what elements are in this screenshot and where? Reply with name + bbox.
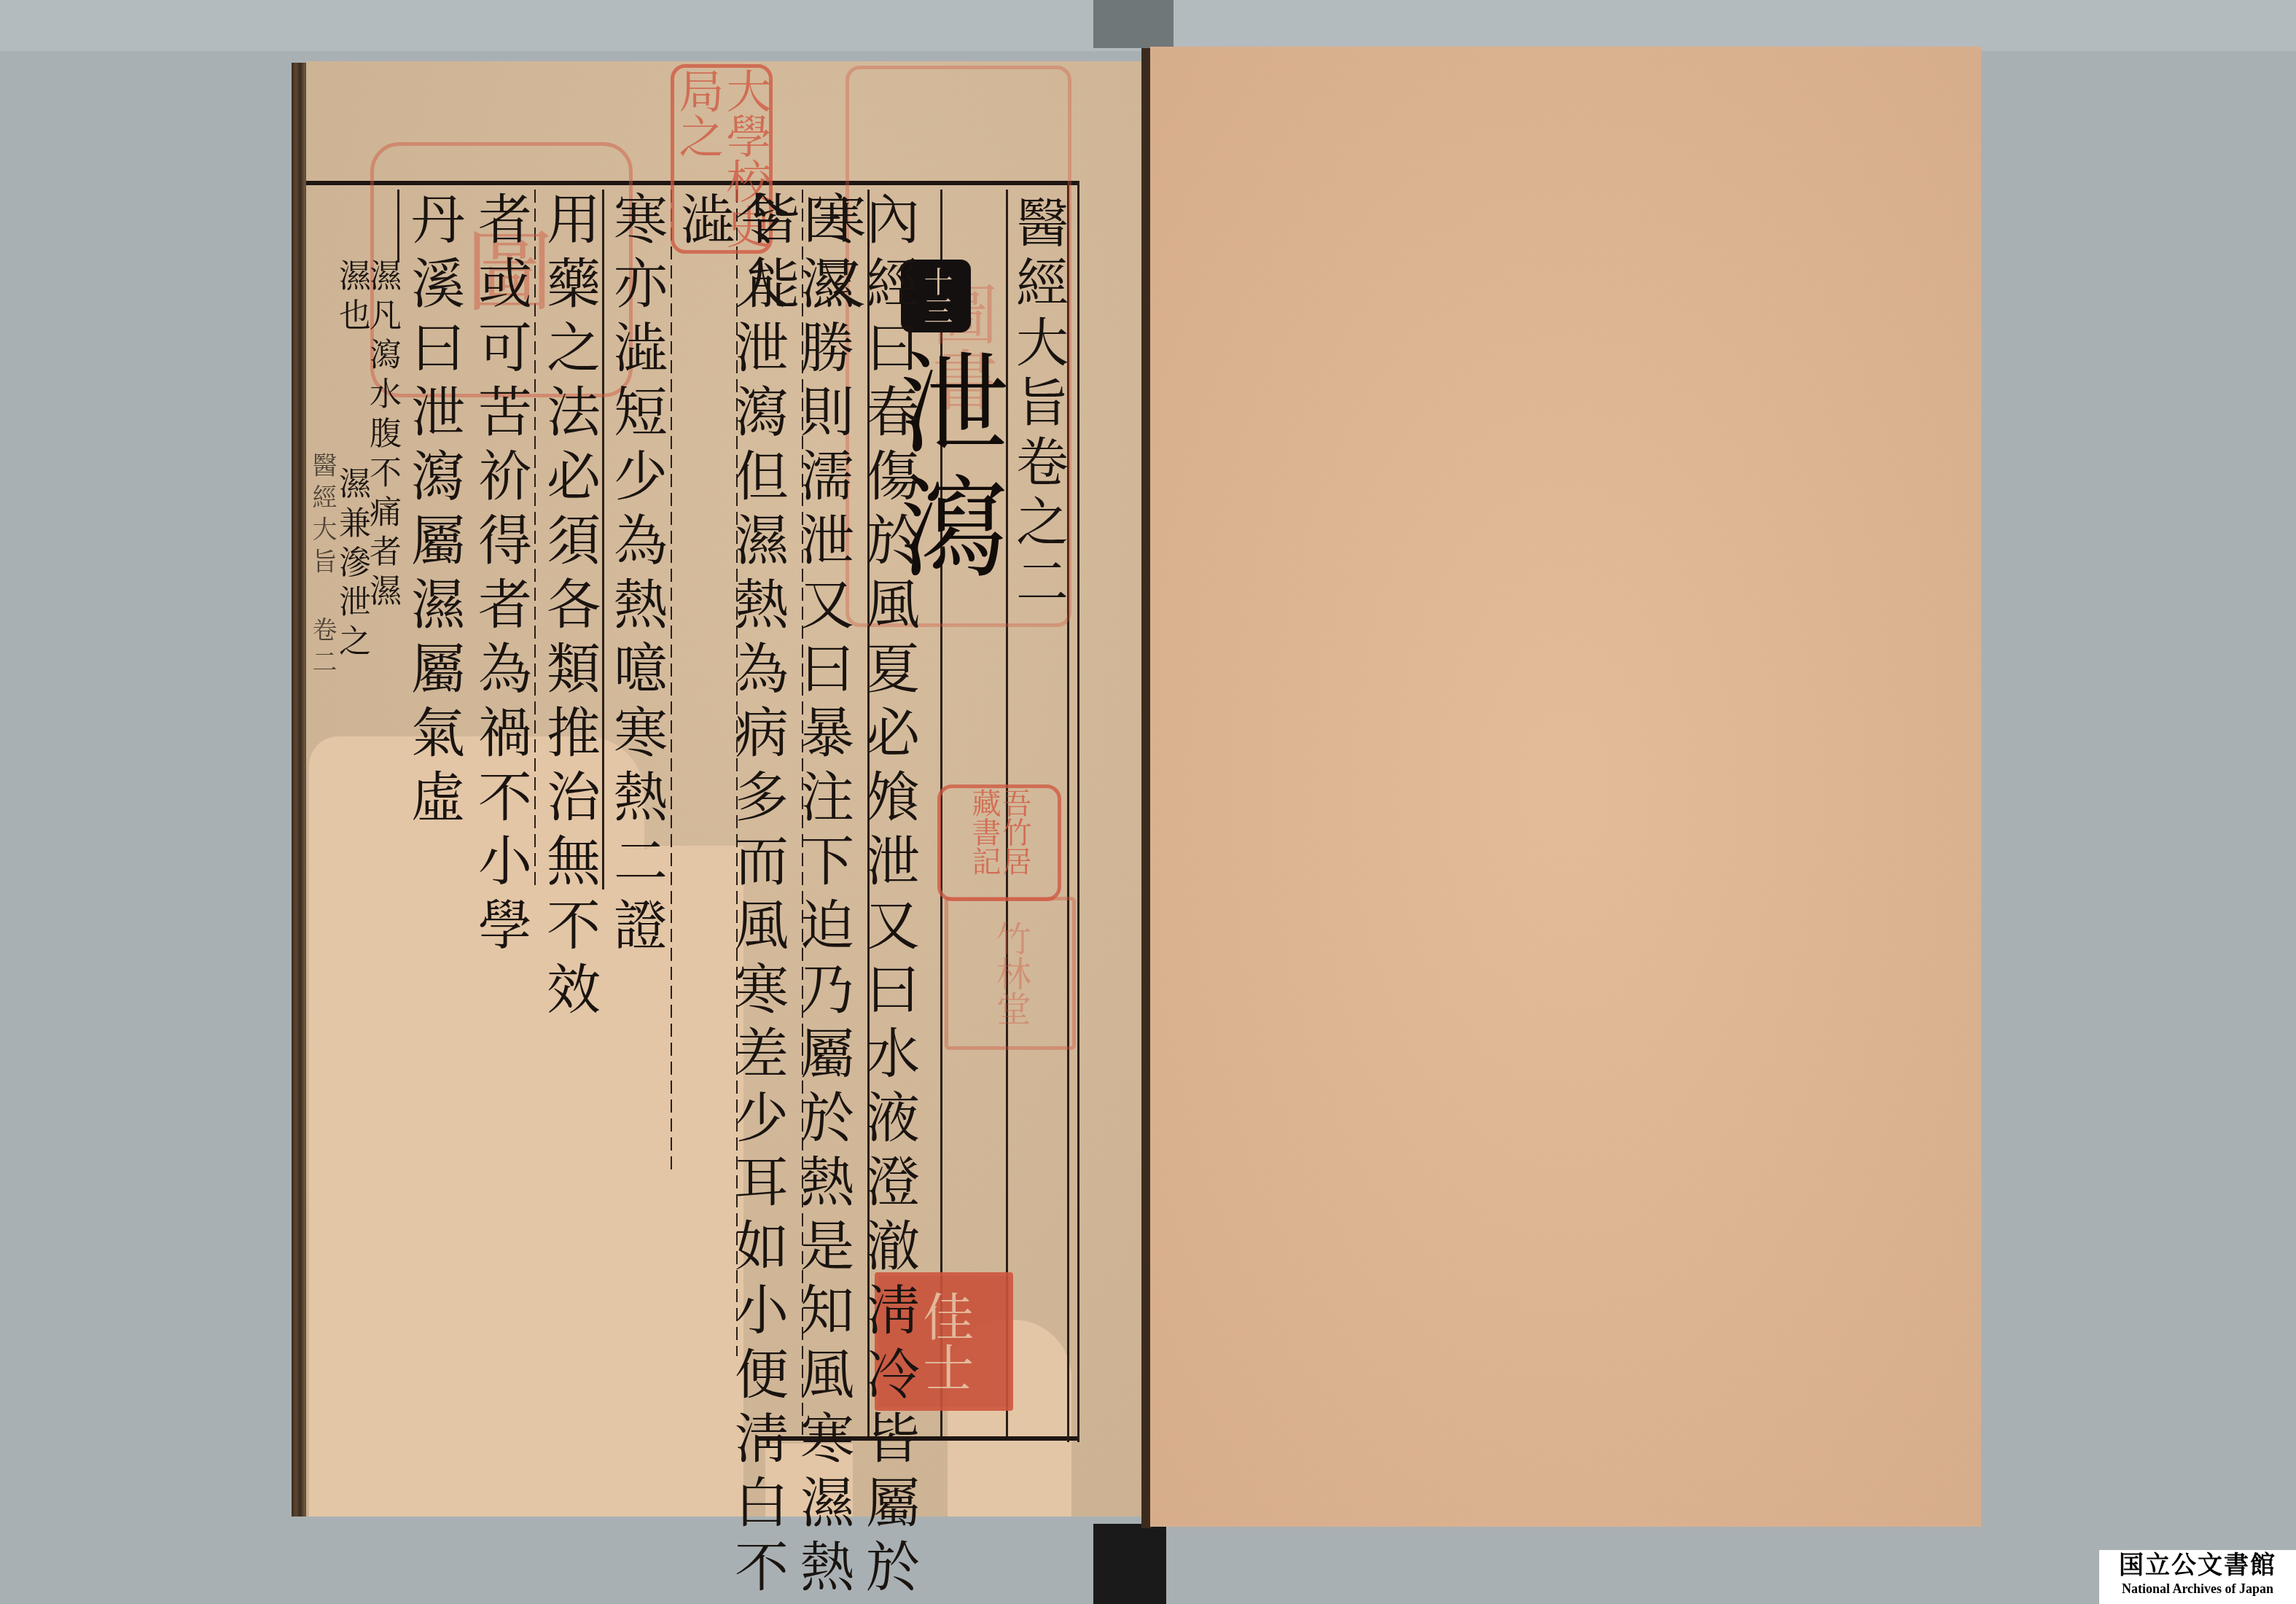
text-column-6: 者或可苦祄得者為禍不小學 — [474, 191, 528, 961]
running-title: 醫經大旨卷之二 — [1012, 195, 1064, 614]
annotation-column-3: 濕兼滲泄之 — [335, 467, 367, 663]
background-shadow — [1093, 0, 1174, 48]
column-rule — [671, 190, 672, 1174]
seal-zoushoin: 吾竹居藏書記 — [937, 785, 1061, 901]
annotation-column-1: 濕凡瀉水腹不痛者濕 — [366, 259, 398, 613]
watermark-en: National Archives of Japan — [2099, 1581, 2296, 1597]
text-column-7: 丹溪曰泄瀉屬濕屬氣虛 — [407, 191, 461, 833]
text-column-4: 寒亦澁短少為熱噫寒熱二證 — [609, 191, 663, 961]
seal-lower-faint: 竹林堂 — [945, 897, 1076, 1050]
text-column-5: 用藥之法必須各類推治無不效 — [542, 191, 596, 1025]
background-shadow-bottom — [1093, 1524, 1166, 1604]
margin-fragment: 醫經大旨 卷二 — [310, 452, 335, 681]
right-page-blank — [1150, 47, 1981, 1527]
archive-watermark: 国立公文書館 National Archives of Japan — [2099, 1550, 2296, 1604]
watermark-jp: 国立公文書館 — [2099, 1550, 2296, 1581]
text-column-3: 令人泄瀉但濕熱為病多而風寒差少耳如小便淸白不澁 — [676, 191, 784, 1604]
frame-right-border — [1077, 181, 1079, 1442]
annotation-column-2: 濕也 — [335, 259, 367, 338]
